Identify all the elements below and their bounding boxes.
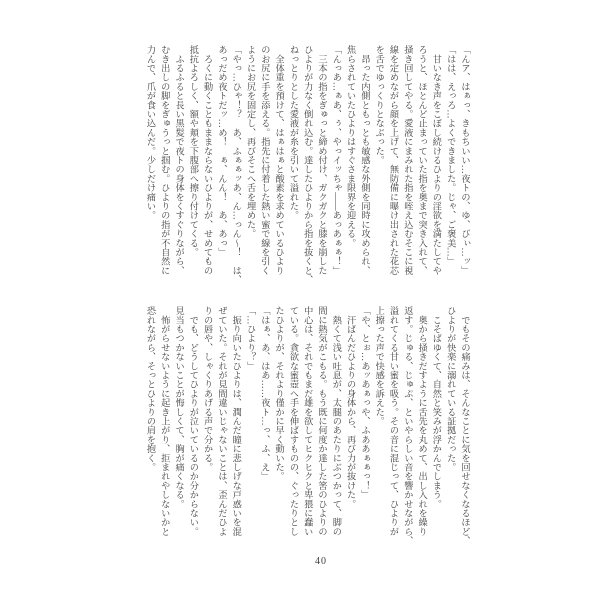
text-column: 怖がらせないように起き上がり、拒まれやしないかと [157, 306, 171, 537]
bottom-text-block: でもその痛みは、そんなことに気を回せなくなるほど、ひよりが快楽に溺れている証拠だ… [142, 306, 472, 537]
text-column: 「や、とぉ…あッあぁっや、ふああぁぁっ！」 [358, 306, 372, 537]
text-column: ねっとりとした愛液が糸を引いて溢れた。 [286, 45, 300, 276]
text-column: 返す。じゅる、じゅぷ、といやらしい音を響かせながら、 [401, 306, 415, 537]
text-column: 間に熱気がこもる。もう既に何度か達した筈のひよりの [315, 306, 329, 537]
text-column: ぜていた。それが見間違いじゃないことは、歪んだひよ [215, 306, 229, 537]
text-column: 恐れながら、そっとひよりの肩を抱く。 [143, 306, 157, 537]
top-text-block: 「んア、はぁっ、きもちいい…夜トの、ゆ、びぃ…ッ」「はは、えっろ…よくできました… [142, 45, 472, 276]
text-column: 焦らされていたひよりはすぐさま限界を迎える。 [343, 45, 357, 276]
page-number: 40 [303, 556, 339, 567]
text-column: 「んっあ…ぁあ、ぅ、やっイッちゃ――あっあぁぁ！」 [329, 45, 343, 276]
text-column: 「やっ…ひゃ！？ あ、ふぁぁッあ、ん…っん〜！ は、 [229, 45, 243, 276]
text-column: のお尻に手を添える。指先に付着した熱い蜜で線を引く [258, 45, 272, 276]
text-column: 三本の指をぎゅっと締め付け、ガクガクと膝を崩した [315, 45, 329, 276]
text-column: ている。貪欲な蜜壺へ手を伸ばすものの、ぐったりとし [286, 306, 300, 537]
text-column: でもその痛みは、そんなことに気を回せなくなるほど、 [458, 306, 472, 537]
text-column: ひよりが力なく倒れ込む。達したひよりから指を抜くと、 [300, 45, 314, 276]
book-page: 「んア、はぁっ、きもちいい…夜トの、ゆ、びぃ…ッ」「はは、えっろ…よくできました… [0, 0, 600, 600]
text-column: こそばゆくて、自然と笑みが浮かんでしまう。 [429, 306, 443, 537]
text-column: 溢れてくる甘い蜜を吸う。その音に混じって、ひよりが [386, 306, 400, 537]
text-column: 昂った内側ともっとも敏感な外側を同時に攻められ、 [358, 45, 372, 276]
text-column: 汗ばんだひよりの身体から、再び力が抜けた。 [343, 306, 357, 537]
text-column: 中心は、それでもまだ雄を欲してヒクヒクと卑猥に蠢い [300, 306, 314, 537]
text-column: を舌でゆっくりとなぶった。 [372, 45, 386, 276]
text-column: ようにお尻を固定し、再びそこへ舌を埋めた。 [243, 45, 257, 276]
text-column: むき出しの脚をぎゅうっと掴む。ひよりの指が不自然に [157, 45, 171, 276]
text-column: 「はぁ、あ、はあ……夜ト…っ、ふ、え」 [258, 306, 272, 537]
text-column: 力んで、爪が食い込んだ。少しだけ痛い。 [143, 45, 157, 276]
text-column: 抵抗よろしく、額や頬を下腹部へ擦り付けてくる。 [186, 45, 200, 276]
text-column: りの唇や、しゃくりあげる声で分かる。 [200, 306, 214, 537]
text-column: 「…ひより？」 [243, 306, 257, 537]
text-column: 振り向いたひよりは、潤んだ瞳に悲しげな戸惑いを混 [229, 306, 243, 537]
text-column: たひよりが、それより僅かに早く動いた。 [272, 306, 286, 537]
text-column: ふるふると長い黒髪で夜トの身体をくすぐりながら、 [172, 45, 186, 276]
text-column: 熱くて浅い吐息が、太腿のあたりにぶつかって、脚の [329, 306, 343, 537]
text-column: 奥から掻きだすように舌先を丸めて、出し入れを繰り [415, 306, 429, 537]
text-column: 掻き回してやる。愛液にまみれた指を咥え込むそこに視 [401, 45, 415, 276]
text-column: 甘いなき声をこぼし続けるひよりの淫欲を満たしてや [429, 45, 443, 276]
text-column: 「はは、えっろ…よくできました。じゃ、ご褒美…」 [443, 45, 457, 276]
text-column: ろうと、ほとんど止まっていた指を奥まで突き入れて、 [415, 45, 429, 276]
text-column: ろくに動くこともままならないひよりが、せめてもの [200, 45, 214, 276]
text-column: 全体重を預けて、はぁはぁと酸素を求めているひより [272, 45, 286, 276]
text-column: 線を定めながら顔を上げて、無防備に曝け出された花芯 [386, 45, 400, 276]
text-column: 「んア、はぁっ、きもちいい…夜トの、ゆ、びぃ…ッ」 [458, 45, 472, 276]
text-column: 見当もつかないことが悔しくて、胸が痛くなる。 [172, 306, 186, 537]
text-column: でも、どうしてひよりが泣いているのか分からない。 [186, 306, 200, 537]
text-column: あっだめ夜トだッ…め！ ぁ、んん！ あ、あっ」 [215, 45, 229, 276]
text-column: 上擦った声で快感を訴えた。 [372, 306, 386, 537]
text-column: ひよりが快楽に溺れている証拠だった。 [443, 306, 457, 537]
